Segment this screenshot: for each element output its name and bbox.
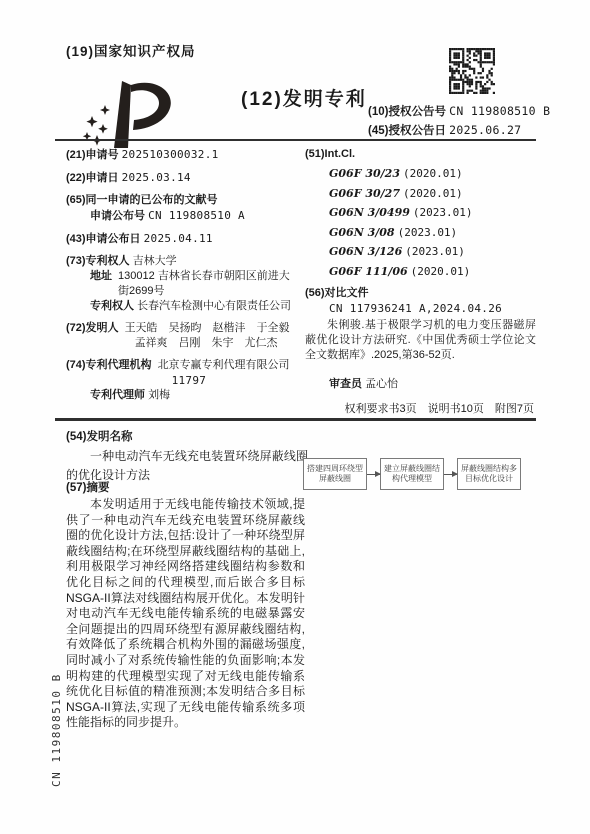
invention-title-label: (54)发明名称	[66, 428, 132, 444]
inventors-names: 王天皓 吴扬昀 赵楷沣 于全毅 孟祥爽 吕刚 朱宇 尤仁杰	[125, 321, 290, 351]
classification-row: G06F 30/27(2020.01)	[305, 186, 536, 202]
arrow-right-icon	[444, 474, 457, 475]
examiner-row: 审查员 孟心怡	[305, 377, 536, 392]
abstract-text: 本发明适用于无线电能传输技术领域,提供了一种电动汽车无线充电装置环绕屏蔽线圈的优…	[66, 497, 305, 731]
examiner-name: 孟心怡	[365, 378, 398, 390]
classification-code: G06N 3/126	[329, 245, 402, 258]
abstract-label: (57)摘要	[66, 479, 109, 495]
app-date-value: 2025.03.14	[122, 171, 191, 184]
prior-pub-label: (65)同一申请的已公布的文献号	[66, 193, 299, 208]
prior-publication-row: (65)同一申请的已公布的文献号 申请公布号 CN 119808510 A	[66, 193, 299, 224]
citation-1: CN 117936241 A,2024.04.26	[305, 301, 536, 316]
classification-row: G06N 3/126(2023.01)	[305, 244, 536, 260]
classification-year: (2020.01)	[403, 187, 463, 200]
classification-list: G06F 30/23(2020.01) G06F 30/27(2020.01) …	[305, 166, 536, 280]
biblio-right-column: (51)Int.Cl. G06F 30/23(2020.01) G06F 30/…	[305, 147, 536, 392]
classification-year: (2023.01)	[413, 206, 473, 219]
flowchart-step-1: 搭建四周环绕型屏蔽线圈	[303, 458, 367, 490]
app-no-value: 202510300032.1	[122, 148, 219, 161]
patentee-label: (73)专利权人	[66, 255, 130, 267]
patent-front-page: (19)国家知识产权局 (12)发明专利 (10)授权公告号 CN 119808…	[0, 0, 590, 834]
agent-line: 专利代理师 刘梅	[66, 388, 299, 403]
classification-row: G06F 30/23(2020.01)	[305, 166, 536, 182]
classification-year: (2020.01)	[403, 167, 463, 180]
citations-section: (56)对比文件 CN 117936241 A,2024.04.26 朱俐骏.基…	[305, 286, 536, 363]
flowchart-step-2: 建立屏蔽线圈结构代理模型	[380, 458, 444, 490]
examiner-label: 审查员	[329, 378, 362, 390]
patentee-2-value: 长春汽车检测中心有限责任公司	[137, 300, 291, 312]
agent-label: 专利代理师	[90, 389, 145, 401]
app-date-label: (22)申请日	[66, 172, 119, 184]
header-divider	[55, 139, 536, 141]
agency-block: 北京专赢专利代理有限公司 11797	[158, 358, 290, 388]
prior-pub-no-value: CN 119808510 A	[148, 209, 245, 222]
intcl-label: (51)Int.Cl.	[305, 147, 536, 162]
grant-date-value: 2025.06.27	[449, 123, 521, 137]
address-label: 地址	[90, 269, 112, 299]
grant-no-value: CN 119808510 B	[449, 104, 550, 118]
patentee-2-label: 专利权人	[90, 300, 134, 312]
agent-name: 刘梅	[148, 389, 170, 401]
biblio-left-column: (21)申请号 202510300032.1 (22)申请日 2025.03.1…	[66, 147, 299, 410]
application-date-row: (22)申请日 2025.03.14	[66, 170, 299, 186]
agency-code: 11797	[158, 373, 290, 388]
patentee-row: (73)专利权人 吉林大学 地址 130012 吉林省长春市朝阳区前进大街269…	[66, 254, 299, 314]
arrow-right-icon	[367, 474, 380, 475]
inventors-label: (72)发明人	[66, 321, 119, 351]
document-type-title: (12)发明专利	[241, 84, 367, 111]
prior-pub-date-value: 2025.04.11	[144, 232, 213, 245]
patentee-1-value: 吉林大学	[133, 255, 177, 267]
classification-row: G06N 3/0499(2023.01)	[305, 205, 536, 221]
patentee-line-2: 专利权人 长春汽车检测中心有限责任公司	[66, 299, 299, 314]
flowchart-step-3: 屏蔽线圈结构多目标优化设计	[457, 458, 521, 490]
classification-year: (2023.01)	[405, 245, 465, 258]
qr-code-icon	[449, 48, 495, 94]
biblio-divider	[55, 418, 536, 421]
issuing-office: (19)国家知识产权局	[66, 40, 196, 60]
address-value: 130012 吉林省长春市朝阳区前进大街2699号	[118, 269, 299, 299]
citation-2: 朱俐骏.基于极限学习机的电力变压器磁屏蔽优化设计方法研究.《中国优秀硕士学位论文…	[305, 318, 536, 363]
grant-publication-number: (10)授权公告号 CN 119808510 B	[368, 103, 550, 119]
agency-line: (74)专利代理机构 北京专赢专利代理有限公司 11797	[66, 358, 299, 388]
classification-year: (2023.01)	[398, 226, 458, 239]
grant-no-label: (10)授权公告号	[368, 106, 446, 118]
address-line: 地址 130012 吉林省长春市朝阳区前进大街2699号	[66, 269, 299, 299]
application-number-row: (21)申请号 202510300032.1	[66, 147, 299, 163]
classification-code: G06F 30/23	[329, 167, 400, 180]
page-counts: 权利要求书3页 说明书10页 附图7页	[345, 400, 534, 416]
inventors-row: (72)发明人 王天皓 吴扬昀 赵楷沣 于全毅 孟祥爽 吕刚 朱宇 尤仁杰	[66, 321, 299, 351]
grant-date-label: (45)授权公告日	[368, 125, 446, 137]
prior-pub-number-line: 申请公布号 CN 119808510 A	[66, 208, 299, 224]
inventors-line-1: 王天皓 吴扬昀 赵楷沣 于全毅	[125, 321, 290, 336]
classification-row: G06F 111/06(2020.01)	[305, 264, 536, 280]
patentee-line-1: (73)专利权人 吉林大学	[66, 254, 299, 269]
prior-pub-date-label: (43)申请公布日	[66, 233, 141, 245]
classification-code: G06F 111/06	[329, 265, 408, 278]
classification-year: (2020.01)	[411, 265, 471, 278]
agency-name: 北京专赢专利代理有限公司	[158, 358, 290, 373]
abstract-figure-flowchart: 搭建四周环绕型屏蔽线圈 建立屏蔽线圈结构代理模型 屏蔽线圈结构多目标优化设计	[303, 458, 539, 490]
classification-code: G06N 3/08	[329, 226, 395, 239]
side-document-number: CN 119808510 B	[50, 673, 63, 787]
classification-code: G06N 3/0499	[329, 206, 410, 219]
grant-publication-date: (45)授权公告日 2025.06.27	[368, 122, 521, 138]
classification-row: G06N 3/08(2023.01)	[305, 225, 536, 241]
agency-row: (74)专利代理机构 北京专赢专利代理有限公司 11797 专利代理师 刘梅	[66, 358, 299, 403]
app-no-label: (21)申请号	[66, 149, 119, 161]
classification-code: G06F 30/27	[329, 187, 400, 200]
agency-label: (74)专利代理机构	[66, 358, 152, 388]
prior-publication-date-row: (43)申请公布日 2025.04.11	[66, 231, 299, 247]
prior-pub-no-label: 申请公布号	[90, 210, 145, 222]
citations-label: (56)对比文件	[305, 286, 536, 301]
inventors-line-2: 孟祥爽 吕刚 朱宇 尤仁杰	[135, 336, 290, 351]
